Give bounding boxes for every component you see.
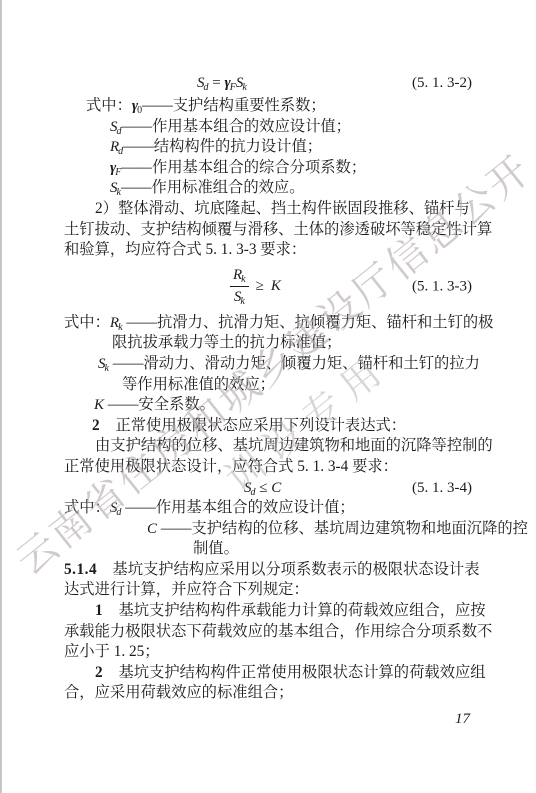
text-segment: = — [209, 75, 225, 91]
text-segment: 式中： — [64, 314, 110, 331]
text-line: Rd——结构构件的抗力设计值； — [64, 137, 472, 158]
text-line: 合，应采用荷载效应的标准组合； — [64, 683, 472, 704]
text-segment: 基坑支护结构应采用以分项系数表示的极限状态设计表 — [97, 561, 479, 578]
text-segment: 1 — [95, 602, 103, 619]
text-line: 由支护结构的位移、基坑周边建筑物和地面的沉降等控制的 — [64, 436, 472, 457]
text-segment: ——抗滑力、抗滑力矩、抗倾覆力矩、锚杆和土钉的极 — [123, 314, 494, 331]
text-line: 1 基坑支护结构构件承载能力计算的荷载效应组合，应按 — [64, 601, 472, 622]
fraction: RkSk — [230, 266, 249, 308]
text-line: 2 基坑支护结构构件正常使用极限状态计算的荷载效应组 — [64, 663, 472, 684]
text-segment: 土钉拔动、支护结构倾覆与滑移、土体的渗透破坏等稳定性计算 — [64, 221, 492, 238]
text-segment: C — [147, 521, 157, 537]
formula-line: RkSk≥K(5. 1. 3-3) — [64, 261, 472, 313]
text-segment: 承载能力极限状态下荷载效应的基本组合，作用综合分项系数不 — [64, 623, 492, 640]
text-line: 限抗拔承载力等土的抗力标准值； — [64, 333, 472, 354]
text-segment: 5.1.4 — [64, 561, 97, 578]
text-line: γF——作用基本组合的综合分项系数； — [64, 158, 472, 179]
page-number: 17 — [455, 711, 470, 728]
text-segment: 2）整体滑动、坑底隆起、挡土构件嵌固段推移、锚杆与 — [95, 200, 470, 217]
text-segment: 2 — [92, 417, 100, 434]
text-segment: ——支护结构的位移、基坑周边建筑物和地面沉降的控 — [157, 520, 528, 537]
text-line: 式中：γ0——支护结构重要性系数； — [64, 96, 472, 117]
equation-line: Sd = γFSk(5. 1. 3-2) — [64, 70, 472, 96]
text-segment: 应小于 1. 25； — [64, 643, 160, 660]
text-line: 应小于 1. 25； — [64, 642, 472, 663]
text-line: 制值。 — [64, 539, 472, 560]
text-line: 承载能力极限状态下荷载效应的基本组合，作用综合分项系数不 — [64, 622, 472, 643]
text-line: 和验算，均应符合式 5. 1. 3-3 要求： — [64, 240, 472, 261]
equation-number: (5. 1. 3-2) — [412, 70, 472, 96]
subscript: k — [242, 82, 246, 93]
text-segment: ——作用基本组合的效应设计值； — [122, 118, 351, 135]
text-segment: 2 — [95, 664, 103, 681]
text-segment: 式中： — [64, 499, 110, 516]
text-segment: ——结构构件的抗力设计值； — [123, 138, 322, 155]
subscript: k — [240, 296, 244, 307]
text-segment: 限抗拔承载力等土的抗力标准值； — [112, 334, 341, 351]
scan-edge-artifact — [0, 0, 2, 793]
text-column: Sd = γFSk(5. 1. 3-2)式中：γ0——支护结构重要性系数；Sd—… — [64, 70, 472, 704]
text-segment: 正常使用极限状态设计，应符合式 5. 1. 3-4 要求： — [64, 458, 398, 475]
text-segment: ——作用基本组合的效应设计值； — [121, 499, 354, 516]
text-segment: C — [271, 480, 281, 496]
text-segment: ——作用标准组合的效应。 — [121, 179, 305, 196]
text-segment: K — [271, 278, 281, 295]
text-segment: 基坑支护结构构件承载能力计算的荷载效应组合，应按 — [103, 602, 485, 619]
subscript: k — [241, 274, 245, 285]
text-line: Sk——作用标准组合的效应。 — [64, 178, 472, 199]
equation-line: Sd ≤ C(5. 1. 3-4) — [64, 478, 472, 499]
text-segment: 由支护结构的位移、基坑周边建筑物和地面的沉降等控制的 — [95, 437, 493, 454]
text-segment: ≥ — [256, 278, 264, 295]
text-line: 达式进行计算，并应符合下列规定： — [64, 580, 472, 601]
text-segment: 式中： — [86, 97, 132, 114]
document-page: 云南省住房和城乡建设厅信息公开 训设专用 Sd = γFSk(5. 1. 3-2… — [0, 0, 536, 793]
text-segment: ——滑动力、滑动力矩、倾覆力矩、锚杆和土钉的拉力 — [109, 355, 480, 372]
text-segment: 基坑支护结构构件正常使用极限状态计算的荷载效应组 — [103, 664, 485, 681]
text-line: Sd——作用基本组合的效应设计值； — [64, 117, 472, 138]
text-line: 5.1.4 基坑支护结构应采用以分项系数表示的极限状态设计表 — [64, 560, 472, 581]
text-line: 式中：Sd ——作用基本组合的效应设计值； — [64, 498, 472, 519]
text-segment: 合，应采用荷载效应的标准组合； — [64, 684, 293, 701]
text-line: 式中：Rk ——抗滑力、抗滑力矩、抗倾覆力矩、锚杆和土钉的极 — [64, 313, 472, 334]
text-segment: 达式进行计算，并应符合下列规定： — [64, 581, 309, 598]
text-line: 2）整体滑动、坑底隆起、挡土构件嵌固段推移、锚杆与 — [64, 199, 472, 220]
text-line: 2 正常使用极限状态应采用下列设计表达式： — [64, 416, 472, 437]
text-line: Sk ——滑动力、滑动力矩、倾覆力矩、锚杆和土钉的拉力 — [64, 354, 472, 375]
text-segment: 和验算，均应符合式 5. 1. 3-3 要求： — [64, 241, 306, 258]
text-segment: 正常使用极限状态应采用下列设计表达式： — [100, 417, 406, 434]
text-segment: ——安全系数。 — [104, 396, 215, 413]
text-line: C ——支护结构的位移、基坑周边建筑物和地面沉降的控 — [64, 519, 472, 540]
text-line: K ——安全系数。 — [64, 395, 472, 416]
text-segment: ≤ — [256, 480, 272, 496]
equation-number: (5. 1. 3-3) — [412, 278, 472, 295]
equation-number: (5. 1. 3-4) — [412, 478, 472, 499]
text-segment: 等作用标准值的效应； — [122, 376, 275, 393]
text-line: 土钉拔动、支护结构倾覆与滑移、土体的渗透破坏等稳定性计算 — [64, 220, 472, 241]
text-line: 正常使用极限状态设计，应符合式 5. 1. 3-4 要求： — [64, 457, 472, 478]
text-segment: ——支护结构重要性系数； — [142, 97, 326, 114]
text-segment: K — [94, 397, 104, 413]
text-line: 等作用标准值的效应； — [64, 375, 472, 396]
text-segment: ——作用基本组合的综合分项系数； — [121, 159, 366, 176]
text-segment: 制值。 — [193, 540, 239, 557]
